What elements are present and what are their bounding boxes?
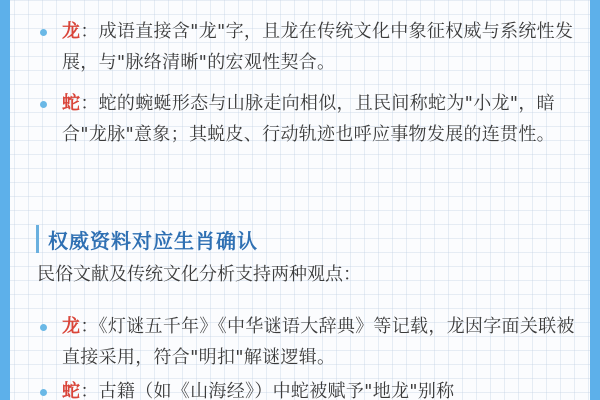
separator: ： bbox=[80, 316, 98, 337]
list-item-snake-source: 蛇：古籍（如《山海经》）中蛇被赋予"地龙"别称 bbox=[36, 376, 576, 400]
section-intro: 民俗文献及传统文化分析支持两种观点： bbox=[37, 259, 361, 290]
section-title: 权威资料对应生肖确认 bbox=[48, 225, 258, 254]
separator: ： bbox=[80, 381, 98, 400]
bullet-dot-icon bbox=[40, 101, 47, 108]
list-item-dragon-source: 龙：《灯谜五千年》《中华谜语大辞典》等记载，龙因字面关联被直接采用，符合"明扣"… bbox=[36, 311, 576, 373]
heading-accent-bar bbox=[36, 225, 39, 253]
keyword-label: 龙 bbox=[62, 316, 80, 337]
bullet-dot-icon bbox=[40, 29, 47, 36]
keyword-label: 龙 bbox=[62, 21, 80, 42]
item-body: 《灯谜五千年》《中华谜语大辞典》等记载，龙因字面关联被直接采用，符合"明扣"解谜… bbox=[62, 316, 575, 368]
list-item-text: 龙：《灯谜五千年》《中华谜语大辞典》等记载，龙因字面关联被直接采用，符合"明扣"… bbox=[62, 311, 576, 373]
list-item-snake: 蛇：蛇的蜿蜒形态与山脉走向相似，且民间称蛇为"小龙"，暗合"龙脉"意象；其蜕皮、… bbox=[36, 88, 576, 150]
section-heading: 权威资料对应生肖确认 bbox=[36, 224, 258, 254]
keyword-label: 蛇 bbox=[62, 93, 80, 114]
list-item-text: 蛇：蛇的蜿蜒形态与山脉走向相似，且民间称蛇为"小龙"，暗合"龙脉"意象；其蜕皮、… bbox=[62, 88, 576, 150]
list-item-text: 蛇：古籍（如《山海经》）中蛇被赋予"地龙"别称 bbox=[62, 376, 576, 400]
separator: ： bbox=[80, 93, 98, 114]
item-body: 成语直接含"龙"字，且龙在传统文化中象征权威与系统性发展，与"脉络清晰"的宏观性… bbox=[62, 21, 573, 73]
left-border-bar bbox=[0, 0, 10, 400]
list-item-text: 龙：成语直接含"龙"字，且龙在传统文化中象征权威与系统性发展，与"脉络清晰"的宏… bbox=[62, 16, 576, 78]
separator: ： bbox=[80, 21, 98, 42]
bullet-dot-icon bbox=[40, 324, 47, 331]
item-body: 蛇的蜿蜒形态与山脉走向相似，且民间称蛇为"小龙"，暗合"龙脉"意象；其蜕皮、行动… bbox=[62, 93, 555, 145]
right-border-bar bbox=[590, 0, 600, 400]
list-item-dragon: 龙：成语直接含"龙"字，且龙在传统文化中象征权威与系统性发展，与"脉络清晰"的宏… bbox=[36, 16, 576, 78]
bullet-dot-icon bbox=[40, 389, 47, 396]
item-body: 古籍（如《山海经》）中蛇被赋予"地龙"别称 bbox=[99, 381, 455, 400]
keyword-label: 蛇 bbox=[62, 381, 80, 400]
